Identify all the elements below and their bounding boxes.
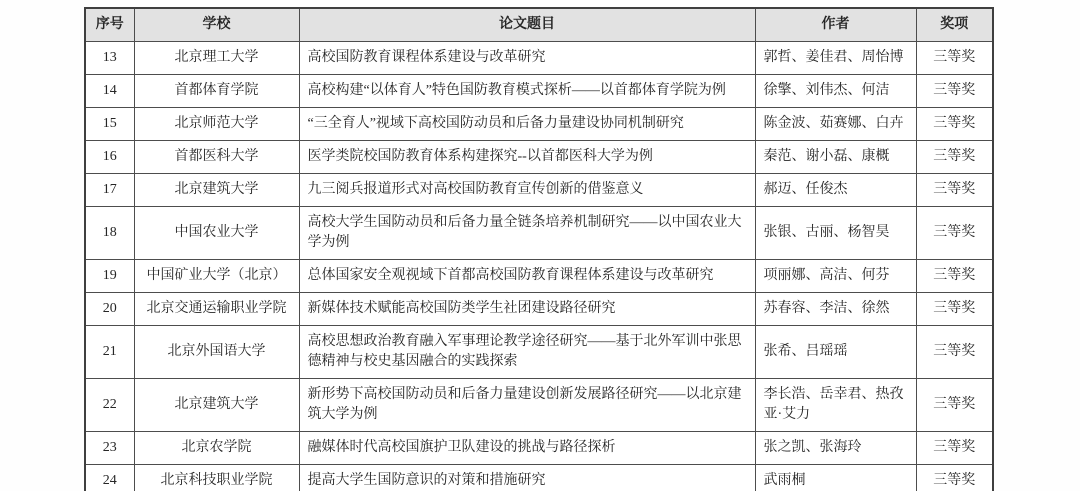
cell-title: 高校思想政治教育融入军事理论教学途径研究——基于北外军训中张思德精神与校史基因融… xyxy=(299,326,755,379)
cell-title: 高校大学生国防动员和后备力量全链条培养机制研究——以中国农业大学为例 xyxy=(299,207,755,260)
cell-school: 中国农业大学 xyxy=(134,207,299,260)
table-row: 24北京科技职业学院提高大学生国防意识的对策和措施研究武雨桐三等奖 xyxy=(85,465,993,491)
document-page: 序号 学校 论文题目 作者 奖项 13北京理工大学高校国防教育课程体系建设与改革… xyxy=(0,0,1080,491)
cell-title: 九三阅兵报道形式对高校国防教育宣传创新的借鉴意义 xyxy=(299,174,755,207)
cell-school: 北京建筑大学 xyxy=(134,174,299,207)
cell-school: 北京建筑大学 xyxy=(134,379,299,432)
cell-school: 北京农学院 xyxy=(134,432,299,465)
cell-award: 三等奖 xyxy=(916,326,993,379)
cell-authors: 张希、吕瑶瑶 xyxy=(755,326,916,379)
cell-award: 三等奖 xyxy=(916,432,993,465)
table-row: 14首都体育学院高校构建“以体育人”特色国防教育模式探析——以首都体育学院为例徐… xyxy=(85,75,993,108)
cell-award: 三等奖 xyxy=(916,42,993,75)
table-body: 13北京理工大学高校国防教育课程体系建设与改革研究郭哲、姜佳君、周怡博三等奖14… xyxy=(85,42,993,491)
cell-award: 三等奖 xyxy=(916,465,993,491)
cell-title: 高校国防教育课程体系建设与改革研究 xyxy=(299,42,755,75)
cell-authors: 苏春容、李洁、徐然 xyxy=(755,293,916,326)
table-row: 16首都医科大学医学类院校国防教育体系构建探究--以首都医科大学为例秦范、谢小磊… xyxy=(85,141,993,174)
header-award: 奖项 xyxy=(916,8,993,42)
table-row: 19中国矿业大学（北京）总体国家安全观视域下首都高校国防教育课程体系建设与改革研… xyxy=(85,260,993,293)
cell-award: 三等奖 xyxy=(916,174,993,207)
cell-serial: 14 xyxy=(85,75,134,108)
cell-authors: 张之凯、张海玲 xyxy=(755,432,916,465)
header-title: 论文题目 xyxy=(299,8,755,42)
cell-award: 三等奖 xyxy=(916,293,993,326)
cell-title: 提高大学生国防意识的对策和措施研究 xyxy=(299,465,755,491)
cell-authors: 秦范、谢小磊、康概 xyxy=(755,141,916,174)
cell-serial: 20 xyxy=(85,293,134,326)
cell-serial: 24 xyxy=(85,465,134,491)
cell-school: 中国矿业大学（北京） xyxy=(134,260,299,293)
table-row: 18中国农业大学高校大学生国防动员和后备力量全链条培养机制研究——以中国农业大学… xyxy=(85,207,993,260)
cell-school: 北京外国语大学 xyxy=(134,326,299,379)
table-row: 21北京外国语大学高校思想政治教育融入军事理论教学途径研究——基于北外军训中张思… xyxy=(85,326,993,379)
cell-school: 首都医科大学 xyxy=(134,141,299,174)
cell-authors: 张银、古丽、杨智昊 xyxy=(755,207,916,260)
cell-authors: 项丽娜、高洁、何芬 xyxy=(755,260,916,293)
cell-title: 新媒体技术赋能高校国防类学生社团建设路径研究 xyxy=(299,293,755,326)
cell-title: 新形势下高校国防动员和后备力量建设创新发展路径研究——以北京建筑大学为例 xyxy=(299,379,755,432)
cell-title: “三全育人”视域下高校国防动员和后备力量建设协同机制研究 xyxy=(299,108,755,141)
cell-serial: 18 xyxy=(85,207,134,260)
cell-serial: 16 xyxy=(85,141,134,174)
header-row: 序号 学校 论文题目 作者 奖项 xyxy=(85,8,993,42)
cell-serial: 19 xyxy=(85,260,134,293)
cell-award: 三等奖 xyxy=(916,379,993,432)
cell-authors: 陈金波、茹赛娜、白卉 xyxy=(755,108,916,141)
table-row: 17北京建筑大学九三阅兵报道形式对高校国防教育宣传创新的借鉴意义郝迈、任俊杰三等… xyxy=(85,174,993,207)
cell-authors: 武雨桐 xyxy=(755,465,916,491)
header-serial: 序号 xyxy=(85,8,134,42)
cell-award: 三等奖 xyxy=(916,260,993,293)
cell-serial: 22 xyxy=(85,379,134,432)
cell-authors: 李长浩、岳幸君、热孜亚·艾力 xyxy=(755,379,916,432)
cell-serial: 23 xyxy=(85,432,134,465)
table-row: 23北京农学院融媒体时代高校国旗护卫队建设的挑战与路径探析张之凯、张海玲三等奖 xyxy=(85,432,993,465)
cell-award: 三等奖 xyxy=(916,207,993,260)
header-authors: 作者 xyxy=(755,8,916,42)
table-row: 20北京交通运输职业学院新媒体技术赋能高校国防类学生社团建设路径研究苏春容、李洁… xyxy=(85,293,993,326)
cell-school: 北京科技职业学院 xyxy=(134,465,299,491)
cell-serial: 13 xyxy=(85,42,134,75)
cell-award: 三等奖 xyxy=(916,141,993,174)
header-school: 学校 xyxy=(134,8,299,42)
cell-title: 融媒体时代高校国旗护卫队建设的挑战与路径探析 xyxy=(299,432,755,465)
table-row: 22北京建筑大学新形势下高校国防动员和后备力量建设创新发展路径研究——以北京建筑… xyxy=(85,379,993,432)
cell-authors: 郭哲、姜佳君、周怡博 xyxy=(755,42,916,75)
cell-school: 北京交通运输职业学院 xyxy=(134,293,299,326)
cell-title: 医学类院校国防教育体系构建探究--以首都医科大学为例 xyxy=(299,141,755,174)
table-row: 13北京理工大学高校国防教育课程体系建设与改革研究郭哲、姜佳君、周怡博三等奖 xyxy=(85,42,993,75)
cell-serial: 15 xyxy=(85,108,134,141)
cell-authors: 郝迈、任俊杰 xyxy=(755,174,916,207)
cell-title: 高校构建“以体育人”特色国防教育模式探析——以首都体育学院为例 xyxy=(299,75,755,108)
cell-title: 总体国家安全观视域下首都高校国防教育课程体系建设与改革研究 xyxy=(299,260,755,293)
cell-school: 北京师范大学 xyxy=(134,108,299,141)
awards-table: 序号 学校 论文题目 作者 奖项 13北京理工大学高校国防教育课程体系建设与改革… xyxy=(84,7,994,491)
table-row: 15北京师范大学“三全育人”视域下高校国防动员和后备力量建设协同机制研究陈金波、… xyxy=(85,108,993,141)
cell-school: 首都体育学院 xyxy=(134,75,299,108)
cell-authors: 徐擎、刘伟杰、何洁 xyxy=(755,75,916,108)
cell-serial: 21 xyxy=(85,326,134,379)
cell-serial: 17 xyxy=(85,174,134,207)
cell-award: 三等奖 xyxy=(916,75,993,108)
cell-award: 三等奖 xyxy=(916,108,993,141)
cell-school: 北京理工大学 xyxy=(134,42,299,75)
